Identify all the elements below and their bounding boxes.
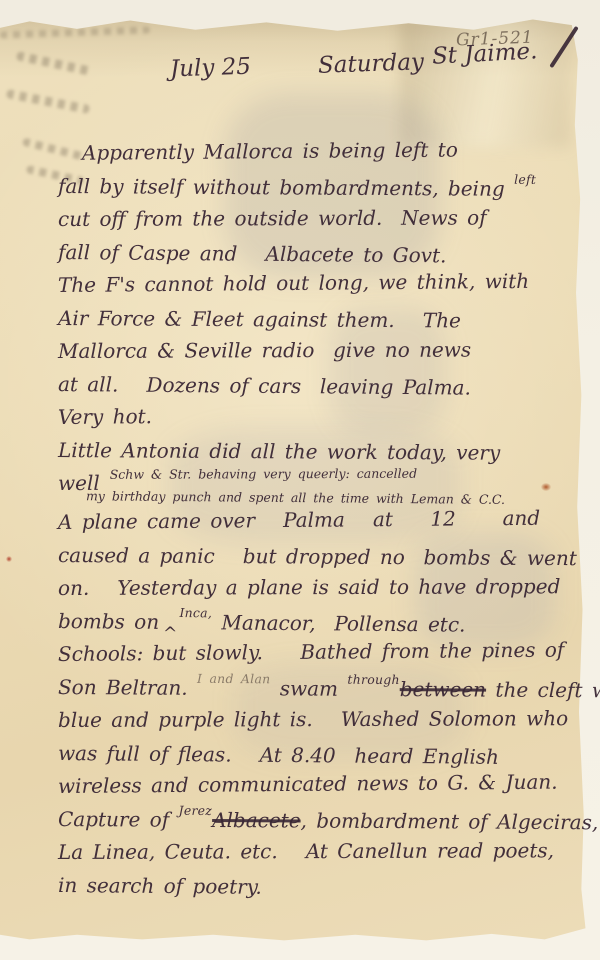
raised-segment: left [514, 163, 536, 196]
text-segment: at all. Dozens of cars leaving Palma. [58, 372, 471, 400]
text-segment: wireless and communicated news to G. & J… [58, 770, 558, 798]
text-segment: Manacor, Pollensa etc. [212, 610, 466, 636]
text-segment: The F's cannot hold out long, we think, … [58, 269, 529, 297]
text-segment: Son Beltran. [58, 675, 197, 700]
text-segment: cut off from the outside world. News of [58, 206, 487, 231]
text-segment: fall of Caspe and Albacete to Govt. [58, 240, 447, 267]
entry-date: July 25 [170, 54, 252, 83]
text-segment: Air Force & Fleet against them. The [58, 306, 461, 332]
text-segment: A plane came over Palma at 12 and [58, 506, 540, 534]
entry-feast-day: St Jaime. [431, 38, 538, 69]
text-segment: Very hot. [58, 404, 152, 429]
manuscript-line: wireless and communicated news to G. & J… [58, 765, 578, 803]
raised-segment: through [347, 663, 400, 696]
manuscript-lines: Apparently Mallorca is being left tofall… [0, 91, 592, 902]
inter-segment: Schw & Str. behaving very queerly: cance… [110, 457, 417, 491]
text-segment: bombs on [58, 609, 159, 634]
text-segment: swam [270, 676, 347, 700]
manuscript-line: in search of poetry. [58, 869, 578, 907]
manuscript-line: blue and purple light is. Washed Solomon… [58, 702, 578, 737]
text-segment: the cleft where the [486, 678, 600, 703]
text-segment: was full of fleas. At 8.40 heard English [58, 741, 499, 769]
struck-segment: between [400, 677, 487, 702]
raised-segment: Jerez [178, 794, 212, 827]
text-segment: blue and purple light is. Washed Solomon… [58, 706, 568, 732]
manuscript-line: Schools: but slowly. Bathed from the pin… [58, 633, 578, 671]
text-segment: Mallorca & Seville radio give no news [58, 338, 471, 363]
text-segment: La Linea, Ceuta. etc. At Canellun read p… [58, 838, 554, 864]
manuscript-line: cut off from the outside world. News of [58, 201, 578, 236]
manuscript-line: Mallorca & Seville radio give no news [58, 333, 578, 368]
manuscript-line: The F's cannot hold out long, we think, … [58, 264, 578, 302]
raised-pencil-segment: I and Alan [197, 662, 271, 695]
manuscript-line: A plane came over Palma at 12 and [58, 501, 578, 539]
struck-segment: Albacete [212, 808, 301, 833]
text-segment: Apparently Mallorca is being left to [82, 138, 458, 165]
manuscript-line: Apparently Mallorca is being left to [58, 132, 578, 170]
text-segment: , bombardment of Algeciras, [301, 808, 599, 834]
handwriting-layer: Gr1-521 July 25 Saturday St Jaime. Appar… [0, 13, 592, 945]
text-segment: Schools: but slowly. Bathed from the pin… [58, 638, 565, 666]
text-segment: Capture of [58, 807, 179, 832]
manuscript-line: Very hot. [58, 396, 578, 434]
text-segment: caused a panic but dropped no bombs & we… [58, 543, 577, 570]
entry-header: July 25 Saturday St Jaime. [0, 13, 592, 91]
text-segment: on. Yesterday a plane is said to have dr… [58, 574, 560, 600]
entry-weekday: Saturday [318, 49, 425, 79]
raised-segment: Inca, [179, 596, 212, 629]
manuscript-line: on. Yesterday a plane is said to have dr… [58, 570, 578, 605]
text-segment: in search of poetry. [58, 873, 262, 899]
text-segment: fall by itself without bombardments, bei… [58, 174, 514, 201]
manuscript-line: La Linea, Ceuta. etc. At Canellun read p… [58, 834, 578, 869]
